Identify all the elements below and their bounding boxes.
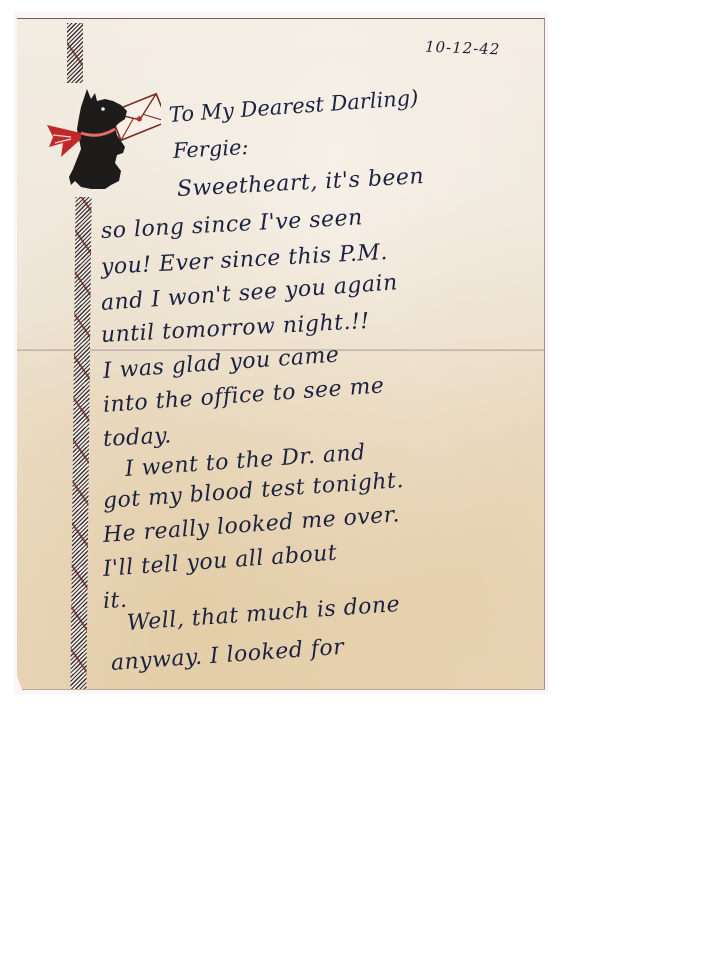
letter-page: 10-12-42 To My Dearest Darling) Fergie: … [17, 18, 545, 690]
letter-line: Well, that much is done [126, 592, 401, 636]
hatched-border-ribbon [70, 197, 91, 689]
hatched-border-ribbon-top [67, 23, 83, 83]
letter-line: Sweetheart, it's been [176, 164, 424, 202]
letter-line: today. [102, 423, 172, 452]
letter-line: so long since I've seen [100, 205, 363, 244]
letter-line: it. [102, 588, 128, 614]
letter-line: I'll tell you all about [102, 541, 338, 582]
letter-line: anyway. I looked for [110, 635, 345, 676]
salutation: To My Dearest Darling) [168, 86, 419, 127]
addressee: Fergie: [172, 135, 249, 163]
scottie-dog-icon [41, 85, 161, 197]
letter-date: 10-12-42 [425, 38, 501, 59]
